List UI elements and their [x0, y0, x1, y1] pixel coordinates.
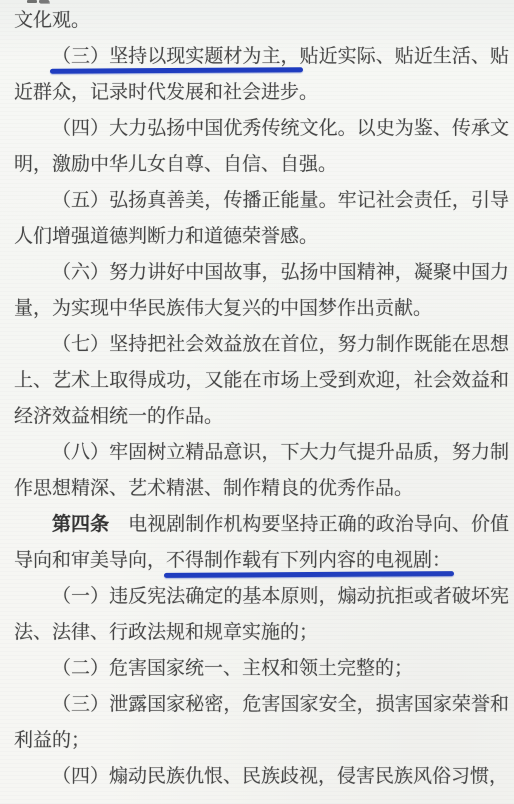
paragraph: （三）泄露国家秘密，危害国家安全，损害国家荣誉和利益的； — [14, 687, 509, 759]
paragraph: 文化观。 — [14, 3, 509, 39]
text-segment: （三）泄露国家秘密，危害国家安全，损害国家荣誉和利益的； — [14, 694, 509, 751]
text-segment: （五）弘扬真善美，传播正能量。牢记社会责任，引导人们增强道德判断力和道德荣誉感。 — [14, 190, 509, 247]
document-text: 文化观。（三）坚持以现实题材为主，贴近实际、贴近生活、贴近群众，记录时代发展和社… — [0, 0, 514, 795]
paragraph: （四）煽动民族仇恨、民族歧视，侵害民族风俗习惯， — [14, 759, 509, 795]
text-segment: 文化观。 — [14, 10, 90, 31]
paragraph: （二）危害国家统一、主权和领土完整的； — [14, 651, 509, 687]
underlined-text: 不得制作载有下列内容的电视剧： — [166, 550, 451, 571]
paragraph: （七）坚持把社会效益放在首位，努力制作既能在思想上、艺术上取得成功，又能在市场上… — [14, 327, 509, 435]
paragraph: 第四条 电视剧制作机构要坚持正确的政治导向、价值导向和审美导向，不得制作载有下列… — [14, 507, 509, 579]
article-number: 第四条 — [52, 514, 109, 535]
paragraph: （四）大力弘扬中国优秀传统文化。以史为鉴、传承文明，激励中华儿女自尊、自信、自强… — [14, 111, 509, 183]
text-segment: （一）违反宪法确定的基本原则，煽动抗拒或者破坏宪法、法律、行政法规和规章实施的； — [14, 586, 509, 643]
paragraph: （三）坚持以现实题材为主，贴近实际、贴近生活、贴近群众，记录时代发展和社会进步。 — [14, 39, 509, 111]
paragraph: （六）努力讲好中国故事，弘扬中国精神，凝聚中国力量，为实现中华民族伟大复兴的中国… — [14, 255, 509, 327]
text-segment: （六）努力讲好中国故事，弘扬中国精神，凝聚中国力量，为实现中华民族伟大复兴的中国… — [14, 262, 509, 319]
text-segment: （二）危害国家统一、主权和领土完整的； — [52, 658, 413, 679]
text-segment: （八）牢固树立精品意识，下大力气提升品质，努力制作思想精深、艺术精湛、制作精良的… — [14, 442, 509, 499]
text-segment: （四）大力弘扬中国优秀传统文化。以史为鉴、传承文明，激励中华儿女自尊、自信、自强… — [14, 118, 509, 175]
underlined-text: （三）坚持以现实题材为主， — [52, 46, 300, 67]
text-segment: （四）煽动民族仇恨、民族歧视，侵害民族风俗习惯， — [52, 766, 508, 787]
paragraph: （八）牢固树立精品意识，下大力气提升品质，努力制作思想精深、艺术精湛、制作精良的… — [14, 435, 509, 507]
paragraph: （五）弘扬真善美，传播正能量。牢记社会责任，引导人们增强道德判断力和道德荣誉感。 — [14, 183, 509, 255]
paragraph: （一）违反宪法确定的基本原则，煽动抗拒或者破坏宪法、法律、行政法规和规章实施的； — [14, 579, 509, 651]
text-segment: （七）坚持把社会效益放在首位，努力制作既能在思想上、艺术上取得成功，又能在市场上… — [14, 334, 509, 427]
scanned-document-page: 文化观。（三）坚持以现实题材为主，贴近实际、贴近生活、贴近群众，记录时代发展和社… — [0, 0, 514, 804]
